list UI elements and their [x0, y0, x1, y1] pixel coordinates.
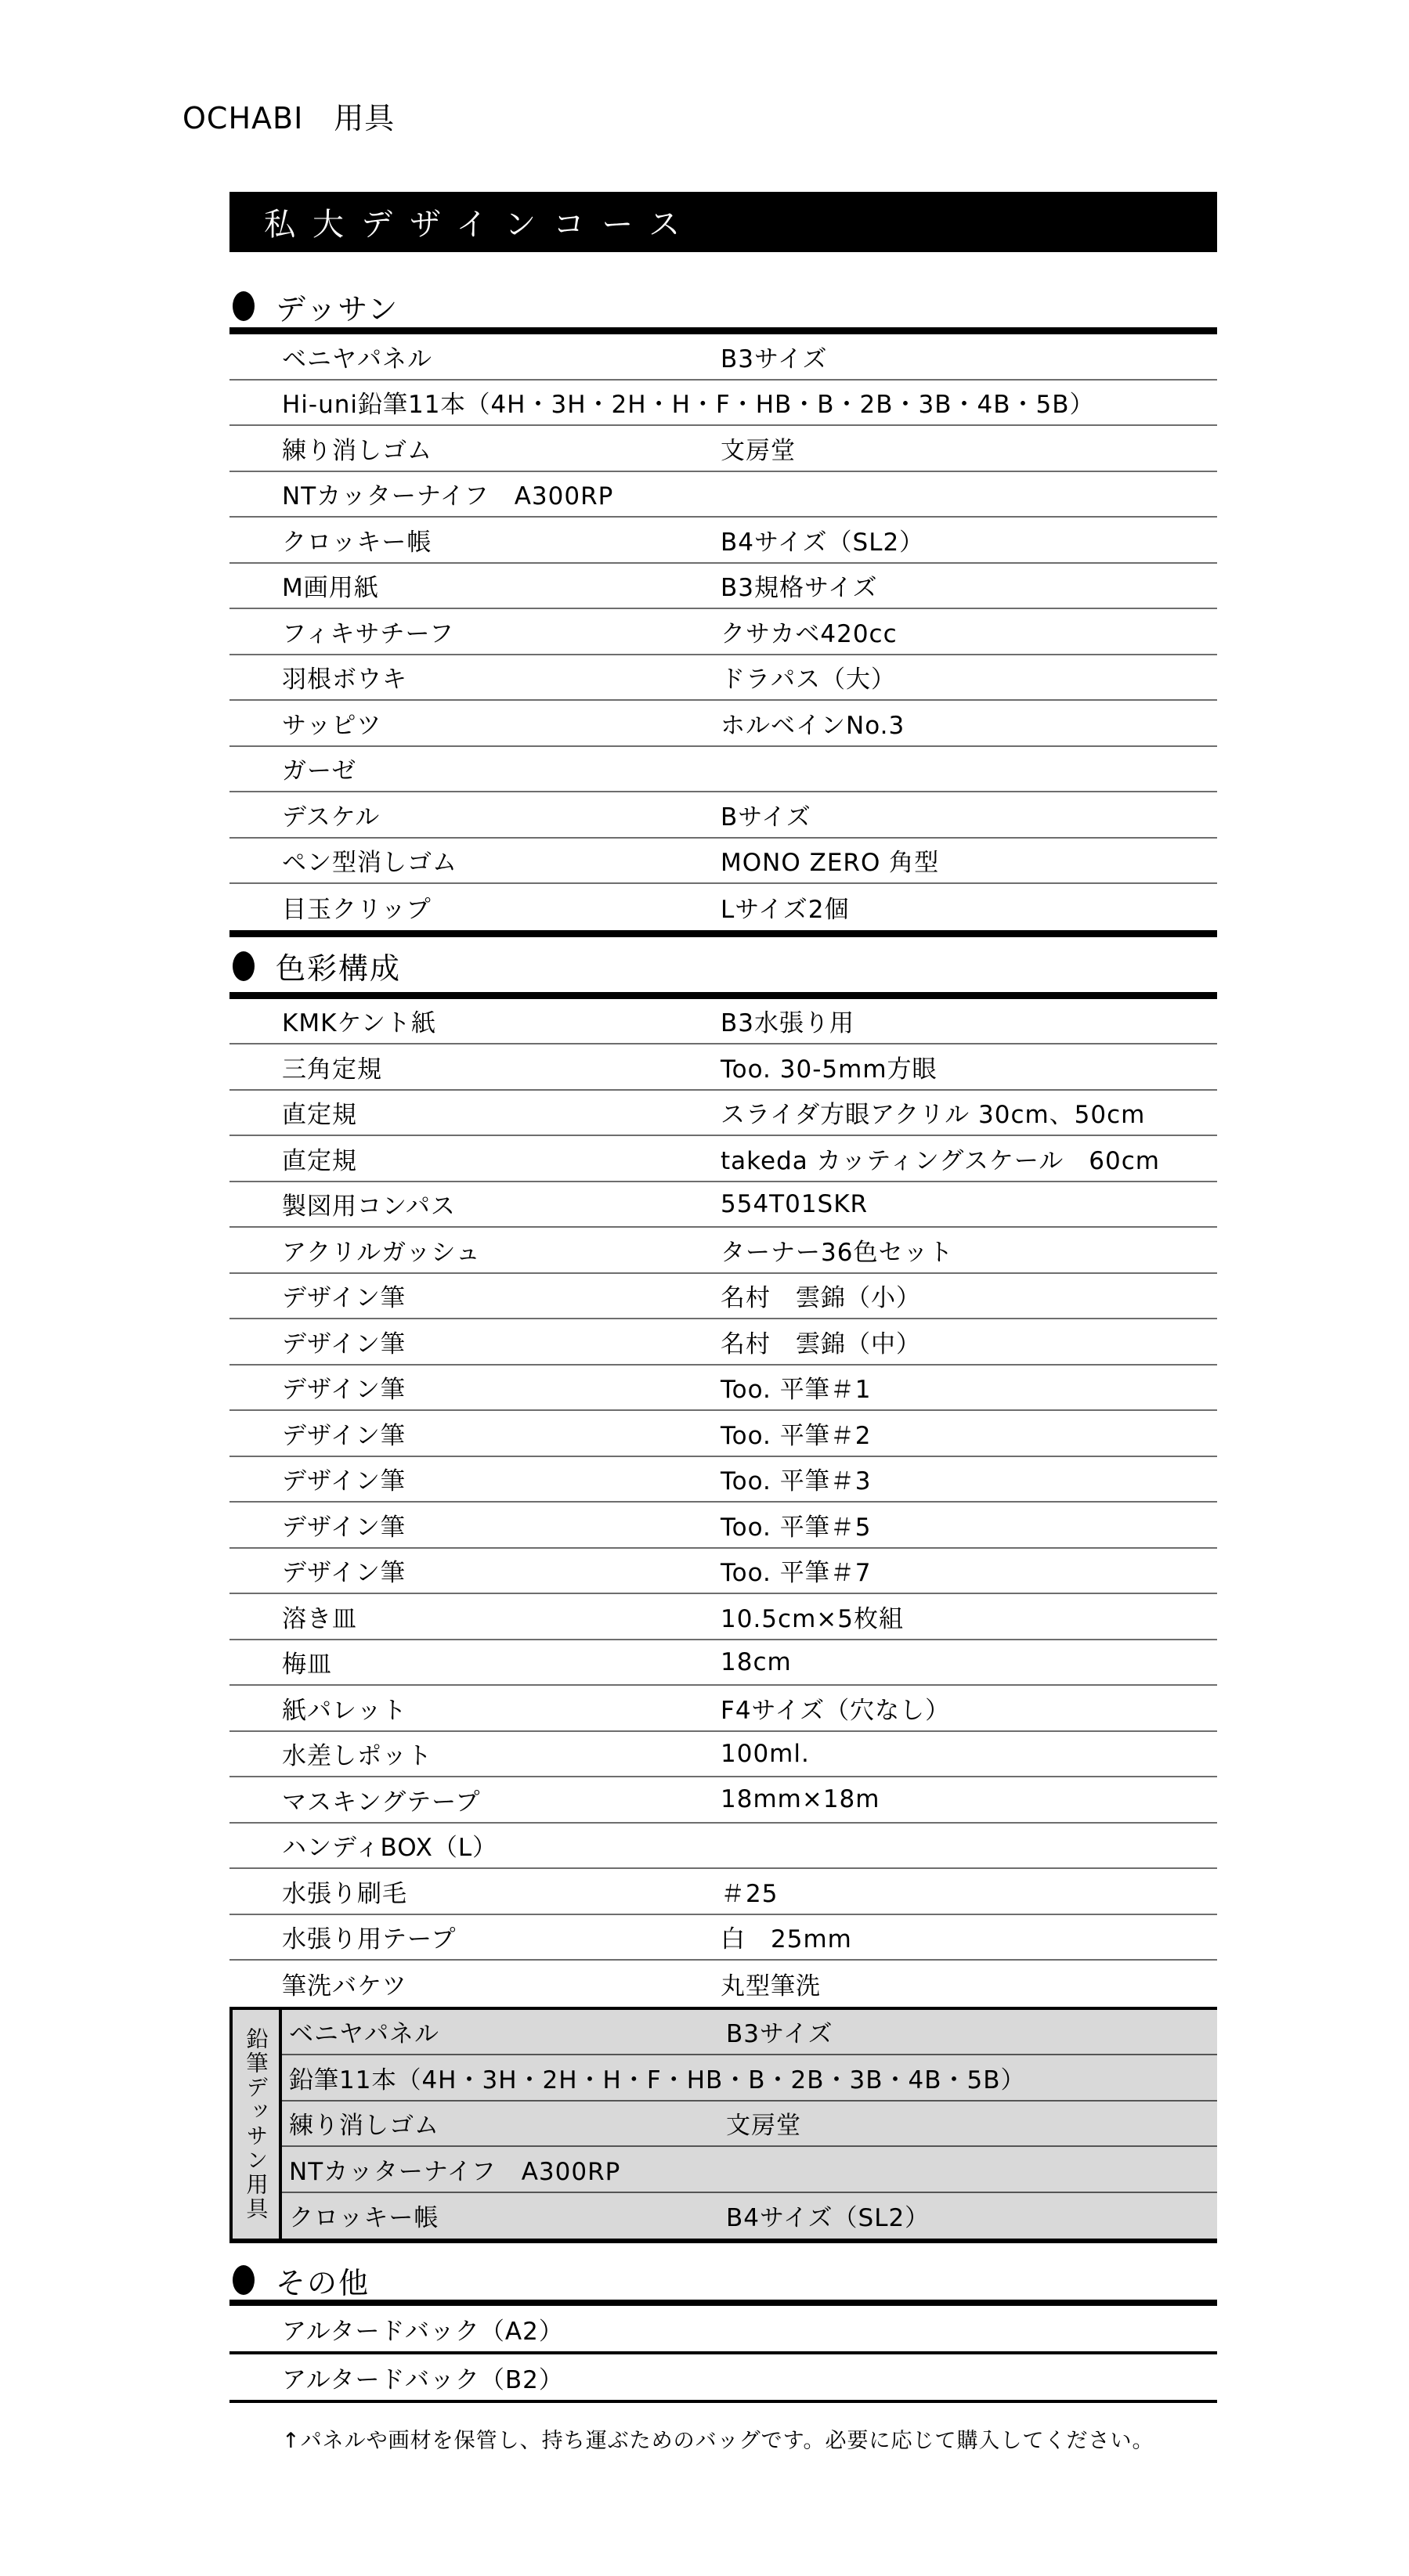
pencil-dessin-subtable: 鉛筆デッサン用具 ベニヤパネルB3サイズ鉛筆11本（4H・3H・2H・H・F・H…	[229, 2007, 1217, 2244]
document-body: デッサン ベニヤパネルB3サイズHi-uni鉛筆11本（4H・3H・2H・H・F…	[229, 252, 1217, 2454]
item-spec: 文房堂	[721, 431, 796, 466]
document-title: OCHABI 用具	[182, 94, 395, 137]
item-spec: 554T01SKR	[721, 1190, 868, 1218]
item-spec: 100ml.	[721, 1740, 810, 1768]
section-rule	[229, 327, 1217, 334]
item-name: デザイン筆	[229, 1553, 406, 1588]
item-spec: B3サイズ	[721, 339, 828, 374]
item-spec: ターナー36色セット	[721, 1232, 953, 1268]
section-bullet-icon	[233, 2265, 255, 2295]
table-row: 直定規スライダ方眼アクリル 30cm、50cm	[229, 1091, 1217, 1137]
item-name: デスケル	[229, 797, 380, 832]
section-header-color: 色彩構成	[229, 948, 1217, 984]
table-row: 目玉クリップLサイズ2個	[229, 884, 1217, 930]
table-row: M画用紙B3規格サイズ	[229, 564, 1217, 610]
item-name: Hi-uni鉛筆11本（4H・3H・2H・H・F・HB・B・2B・3B・4B・5…	[229, 384, 1095, 420]
item-name: アクリルガッシュ	[229, 1232, 481, 1268]
item-spec: ＃25	[721, 1874, 778, 1909]
section-header-other: その他	[229, 2262, 1217, 2298]
item-name: ベニヤパネル	[282, 2014, 439, 2049]
item-name: 紙パレット	[229, 1690, 407, 1726]
footnote: ↑パネルや画材を保管し、持ち運ぶためのバッグです。必要に応じて購入してください。	[229, 2423, 1217, 2454]
item-name: 水張り用テープ	[229, 1919, 456, 1954]
item-spec: ドラパス（大）	[721, 659, 896, 695]
item-name: デザイン筆	[229, 1507, 406, 1542]
section-title: デッサン	[276, 285, 399, 328]
item-name: 目玉クリップ	[229, 889, 432, 925]
table-row: ペン型消しゴムMONO ZERO 角型	[229, 839, 1217, 885]
table-row: 練り消しゴム文房堂	[282, 2102, 1217, 2148]
table-row: 鉛筆11本（4H・3H・2H・H・F・HB・B・2B・3B・4B・5B）	[282, 2055, 1217, 2102]
table-row: マスキングテープ18mm×18m	[229, 1777, 1217, 1824]
table-row: 製図用コンパス554T01SKR	[229, 1182, 1217, 1228]
item-name: 製図用コンパス	[229, 1186, 456, 1221]
item-name: フィキサチーフ	[229, 614, 454, 649]
table-row: 直定規takeda カッティングスケール 60cm	[229, 1136, 1217, 1182]
item-name: 練り消しゴム	[282, 2105, 439, 2141]
item-name: ガーゼ	[229, 751, 356, 786]
table-row: デザイン筆Too. 平筆＃1	[229, 1366, 1217, 1412]
table-row: 溶き皿10.5cm×5枚組	[229, 1594, 1217, 1640]
item-spec: B3規格サイズ	[721, 568, 878, 603]
table-row: 水張り用テープ白 25mm	[229, 1915, 1217, 1961]
section-header-dessin: デッサン	[229, 288, 1217, 324]
item-spec: Too. 30-5mm方眼	[721, 1049, 938, 1084]
item-spec: 名村 雲錦（中）	[721, 1324, 921, 1359]
item-name: 直定規	[229, 1141, 357, 1176]
item-name: 溶き皿	[229, 1599, 357, 1634]
item-spec: Too. 平筆＃3	[721, 1461, 872, 1496]
item-spec: 18mm×18m	[721, 1785, 880, 1813]
item-spec: 丸型筆洗	[721, 1966, 821, 2001]
item-name: KMKケント紙	[229, 1003, 436, 1038]
item-name: ハンディBOX（L）	[229, 1827, 497, 1863]
item-spec: ホルベインNo.3	[721, 705, 905, 741]
item-spec: MONO ZERO 角型	[721, 842, 939, 878]
item-spec: F4サイズ（穴なし）	[721, 1690, 950, 1726]
table-row: 三角定規Too. 30-5mm方眼	[229, 1044, 1217, 1091]
item-spec: 白 25mm	[721, 1919, 852, 1954]
color-table: KMKケント紙B3水張り用三角定規Too. 30-5mm方眼直定規スライダ方眼ア…	[229, 999, 1217, 2007]
course-banner-label: 私大デザインコース	[264, 200, 697, 244]
section-title: 色彩構成	[276, 944, 401, 987]
section-rule	[229, 992, 1217, 999]
table-row: クロッキー帳B4サイズ（SL2）	[229, 518, 1217, 564]
table-row: Hi-uni鉛筆11本（4H・3H・2H・H・F・HB・B・2B・3B・4B・5…	[229, 381, 1217, 427]
item-name: 練り消しゴム	[229, 431, 432, 466]
item-name: デザイン筆	[229, 1461, 406, 1496]
table-row: サッピツホルベインNo.3	[229, 701, 1217, 747]
table-row: 羽根ボウキドラパス（大）	[229, 655, 1217, 702]
item-spec: Too. 平筆＃1	[721, 1369, 872, 1405]
item-name: NTカッターナイフ A300RP	[229, 476, 613, 511]
section-bullet-icon	[233, 291, 255, 321]
item-name: クロッキー帳	[229, 522, 432, 557]
item-spec: クサカベ420cc	[721, 614, 898, 649]
item-spec: takeda カッティングスケール 60cm	[721, 1141, 1160, 1176]
table-row: デザイン筆Too. 平筆＃3	[229, 1457, 1217, 1503]
table-row: フィキサチーフクサカベ420cc	[229, 609, 1217, 655]
item-name: クロッキー帳	[282, 2198, 439, 2233]
item-name: 水張り刷毛	[229, 1874, 407, 1909]
table-row: ベニヤパネルB3サイズ	[229, 334, 1217, 381]
item-name: サッピツ	[229, 705, 381, 741]
subtable-label-text: 鉛筆デッサン用具	[245, 2027, 267, 2221]
table-row: 筆洗バケツ丸型筆洗	[229, 1961, 1217, 2007]
item-spec: 文房堂	[726, 2105, 801, 2141]
table-row: デザイン筆名村 雲錦（中）	[229, 1319, 1217, 1366]
section-rule	[229, 2300, 1217, 2306]
table-row: ベニヤパネルB3サイズ	[282, 2010, 1217, 2056]
table-row: デスケルBサイズ	[229, 792, 1217, 839]
item-spec: B3水張り用	[721, 1003, 854, 1038]
table-row: デザイン筆Too. 平筆＃7	[229, 1549, 1217, 1595]
item-name: アルタードバック（A2）	[229, 2311, 564, 2347]
table-row: 紙パレットF4サイズ（穴なし）	[229, 1686, 1217, 1732]
table-row: ガーゼ	[229, 747, 1217, 793]
table-row: アルタードバック（A2）	[229, 2306, 1217, 2354]
item-name: デザイン筆	[229, 1416, 406, 1451]
item-name: マスキングテープ	[229, 1782, 481, 1817]
course-banner: 私大デザインコース	[229, 192, 1217, 252]
item-name: M画用紙	[229, 568, 379, 603]
item-name: 水差しポット	[229, 1736, 432, 1771]
item-spec: Bサイズ	[721, 797, 811, 832]
section-rule	[229, 930, 1217, 937]
item-spec: 10.5cm×5枚組	[721, 1599, 904, 1634]
other-table: アルタードバック（A2）アルタードバック（B2）	[229, 2306, 1217, 2403]
table-row: ハンディBOX（L）	[229, 1824, 1217, 1870]
table-row: クロッキー帳B4サイズ（SL2）	[282, 2193, 1217, 2239]
table-row: 練り消しゴム文房堂	[229, 426, 1217, 472]
item-name: 三角定規	[229, 1049, 382, 1084]
subtable-vertical-label: 鉛筆デッサン用具	[229, 2010, 282, 2239]
item-spec: B4サイズ（SL2）	[726, 2198, 930, 2233]
item-name: 直定規	[229, 1095, 357, 1130]
table-row: 水差しポット100ml.	[229, 1732, 1217, 1778]
dessin-table: ベニヤパネルB3サイズHi-uni鉛筆11本（4H・3H・2H・H・F・HB・B…	[229, 334, 1217, 930]
table-row: NTカッターナイフ A300RP	[282, 2147, 1217, 2193]
table-row: デザイン筆Too. 平筆＃2	[229, 1411, 1217, 1457]
item-spec: B3サイズ	[726, 2014, 833, 2049]
item-spec: スライダ方眼アクリル 30cm、50cm	[721, 1095, 1145, 1130]
item-spec: Too. 平筆＃5	[721, 1507, 872, 1542]
item-spec: 18cm	[721, 1648, 792, 1676]
subtable-rows: ベニヤパネルB3サイズ鉛筆11本（4H・3H・2H・H・F・HB・B・2B・3B…	[282, 2010, 1217, 2239]
table-row: デザイン筆Too. 平筆＃5	[229, 1503, 1217, 1549]
item-name: NTカッターナイフ A300RP	[282, 2152, 620, 2187]
item-name: ベニヤパネル	[229, 339, 432, 374]
table-row: アクリルガッシュターナー36色セット	[229, 1228, 1217, 1274]
item-name: ペン型消しゴム	[229, 842, 457, 878]
item-spec: Too. 平筆＃7	[721, 1553, 872, 1588]
table-row: 梅皿18cm	[229, 1640, 1217, 1687]
section-title: その他	[276, 2259, 370, 2302]
item-name: デザイン筆	[229, 1369, 406, 1405]
section-bullet-icon	[233, 951, 255, 981]
table-row: アルタードバック（B2）	[229, 2354, 1217, 2403]
item-name: 鉛筆11本（4H・3H・2H・H・F・HB・B・2B・3B・4B・5B）	[282, 2060, 1026, 2095]
item-name: 梅皿	[229, 1644, 332, 1679]
item-spec: B4サイズ（SL2）	[721, 522, 924, 557]
item-name: 筆洗バケツ	[229, 1966, 407, 2001]
item-spec: 名村 雲錦（小）	[721, 1278, 921, 1313]
supply-list-document: OCHABI 用具 私大デザインコース デッサン ベニヤパネルB3サイズHi-u…	[0, 0, 1409, 2576]
item-name: アルタードバック（B2）	[229, 2360, 564, 2395]
table-row: 水張り刷毛＃25	[229, 1869, 1217, 1915]
item-name: 羽根ボウキ	[229, 659, 407, 695]
item-name: デザイン筆	[229, 1278, 406, 1313]
table-row: KMKケント紙B3水張り用	[229, 999, 1217, 1045]
table-row: デザイン筆名村 雲錦（小）	[229, 1274, 1217, 1320]
item-spec: Too. 平筆＃2	[721, 1416, 872, 1451]
item-spec: Lサイズ2個	[721, 889, 850, 925]
table-row: NTカッターナイフ A300RP	[229, 472, 1217, 518]
item-name: デザイン筆	[229, 1324, 406, 1359]
